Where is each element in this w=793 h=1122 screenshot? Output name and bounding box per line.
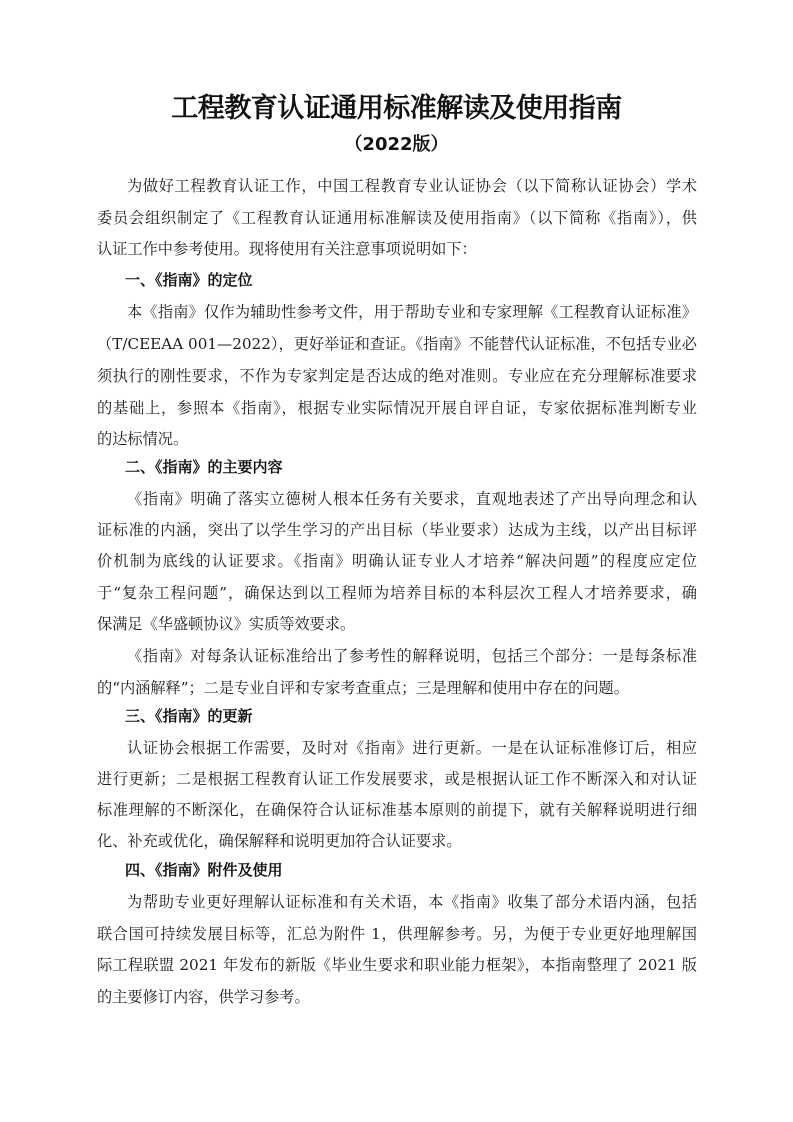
- paragraph-line: 进行更新；二是根据工程教育认证工作发展要求，或是根据认证工作不断深入和对认证: [97, 767, 697, 791]
- paragraph-line: 认证协会根据工作需要，及时对《指南》进行更新。一是在认证标准修订后，相应: [97, 736, 697, 760]
- intro-line: 委员会组织制定了《工程教育认证通用标准解读及使用指南》（以下简称《指南》），供: [97, 206, 697, 230]
- intro-line: 认证工作中参考使用。现将使用有关注意事项说明如下：: [97, 237, 697, 261]
- section-heading-main-content: 二、《指南》的主要内容: [97, 455, 697, 479]
- paragraph-line: 的“内涵解释”；二是专业自评和专家考查重点；三是理解和使用中存在的问题。: [97, 676, 697, 700]
- paragraph-line: 于“复杂工程问题”，确保达到以工程师为培养目标的本科层次工程人才培养要求，确: [97, 581, 697, 605]
- paragraph-line: 本《指南》仅作为辅助性参考文件，用于帮助专业和专家理解《工程教育认证标准》: [97, 300, 697, 324]
- section-heading-appendix: 四、《指南》附件及使用: [97, 858, 697, 882]
- paragraph-line: 《指南》明确了落实立德树人根本任务有关要求，直观地表述了产出导向理念和认: [97, 487, 697, 511]
- paragraph-line: 为帮助专业更好理解认证标准和有关术语，本《指南》收集了部分术语内涵，包括: [97, 890, 697, 914]
- paragraph-line: 的主要修订内容，供学习参考。: [97, 985, 697, 1009]
- paragraph-line: 证标准的内涵，突出了以学生学习的产出目标（毕业要求）达成为主线，以产出目标评: [97, 518, 697, 542]
- paragraph-line: 须执行的刚性要求，不作为专家判定是否达成的绝对准则。专业应在充分理解标准要求: [97, 364, 697, 388]
- document-page: 工程教育认证通用标准解读及使用指南 （2022版） 为做好工程教育认证工作，中国…: [0, 0, 793, 1122]
- paragraph-line: 价机制为底线的认证要求。《指南》明确认证专业人才培养“解决问题”的程度应定位: [97, 549, 697, 573]
- paragraph-line: 联合国可持续发展目标等，汇总为附件 1，供理解参考。另，为便于专业更好地理解国: [97, 922, 697, 946]
- intro-line: 为做好工程教育认证工作，中国工程教育专业认证协会（以下简称认证协会）学术: [97, 174, 697, 198]
- document-title: 工程教育认证通用标准解读及使用指南: [0, 92, 793, 126]
- document-subtitle: （2022版）: [0, 132, 793, 158]
- paragraph-line: （T/CEEAA 001—2022），更好举证和查证。《指南》不能替代认证标准，…: [97, 332, 697, 356]
- section-heading-updates: 三、《指南》的更新: [97, 704, 697, 728]
- paragraph-line: 化、补充或优化，确保解释和说明更加符合认证要求。: [97, 829, 697, 853]
- paragraph-line: 的基础上，参照本《指南》，根据专业实际情况开展自评自证，专家依据标准判断专业: [97, 396, 697, 420]
- paragraph-line: 标准理解的不断深化，在确保符合认证标准基本原则的前提下，就有关解释说明进行细: [97, 798, 697, 822]
- paragraph-line: 的达标情况。: [97, 427, 697, 451]
- section-heading-positioning: 一、《指南》的定位: [97, 268, 697, 292]
- paragraph-line: 《指南》对每条认证标准给出了参考性的解释说明，包括三个部分：一是每条标准: [97, 644, 697, 668]
- paragraph-line: 际工程联盟 2021 年发布的新版《毕业生要求和职业能力框架》，本指南整理了 2…: [97, 953, 697, 977]
- paragraph-line: 保满足《华盛顿协议》实质等效要求。: [97, 612, 697, 636]
